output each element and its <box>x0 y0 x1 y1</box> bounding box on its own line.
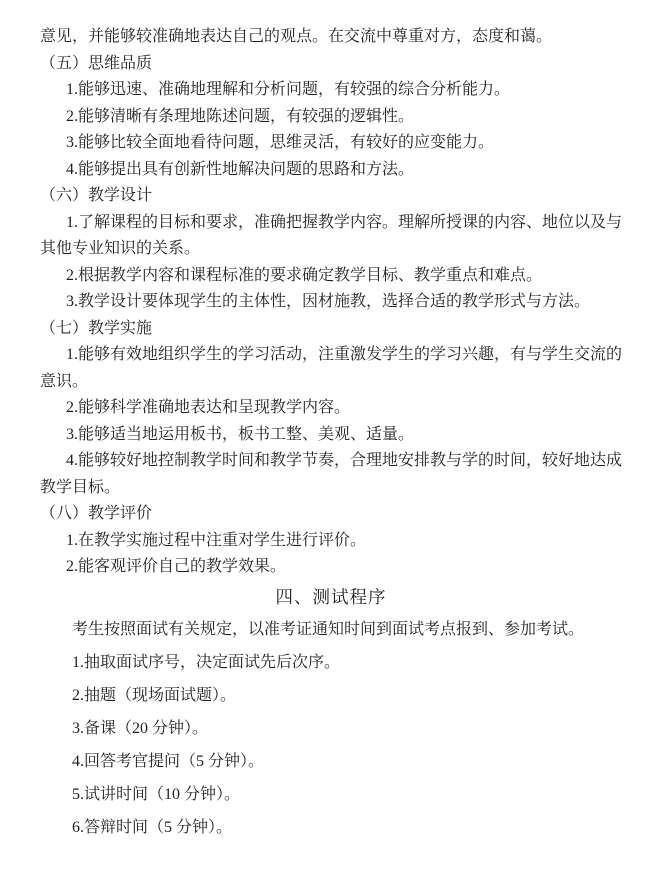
list-item: 4.能够较好地控制教学时间和教学节奏，合理地安排教与学的时间，较好地达成教学目标… <box>40 448 622 501</box>
list-item: 4.能够提出具有创新性地解决问题的思路和方法。 <box>40 157 622 184</box>
section-heading-8: （八）教学评价 <box>40 501 622 528</box>
procedure-step: 4.回答考官提问（5 分钟）。 <box>40 745 622 778</box>
procedure-step: 2.抽题（现场面试题）。 <box>40 679 622 712</box>
list-item: 1.了解课程的目标和要求，准确把握教学内容。理解所授课的内容、地位以及与其他专业… <box>40 210 622 263</box>
list-item: 1.在教学实施过程中注重对学生进行评价。 <box>40 528 622 555</box>
list-item: 2.能客观评价自己的教学效果。 <box>40 554 622 581</box>
procedure-step: 5.试讲时间（10 分钟）。 <box>40 778 622 811</box>
list-item: 3.能够比较全面地看待问题，思维灵活，有较好的应变能力。 <box>40 130 622 157</box>
procedure-step: 3.备课（20 分钟）。 <box>40 712 622 745</box>
section-heading-7: （七）教学实施 <box>40 316 622 343</box>
section-heading-6: （六）教学设计 <box>40 183 622 210</box>
list-item: 1.能够有效地组织学生的学习活动，注重激发学生的学习兴趣，有与学生交流的意识。 <box>40 342 622 395</box>
procedure-step: 6.答辩时间（5 分钟）。 <box>40 811 622 844</box>
list-item: 1.能够迅速、准确地理解和分析问题，有较强的综合分析能力。 <box>40 77 622 104</box>
list-item: 3.教学设计要体现学生的主体性，因材施教，选择合适的教学形式与方法。 <box>40 289 622 316</box>
list-item: 2.能够科学准确地表达和呈现教学内容。 <box>40 395 622 422</box>
list-item: 3.能够适当地运用板书，板书工整、美观、适量。 <box>40 422 622 449</box>
document-page: 意见，并能够较准确地表达自己的观点。在交流中尊重对方，态度和蔼。 （五）思维品质… <box>0 0 662 872</box>
procedure-step: 1.抽取面试序号，决定面试先后次序。 <box>40 646 622 679</box>
paragraph-continuation: 意见，并能够较准确地表达自己的观点。在交流中尊重对方，态度和蔼。 <box>40 24 622 51</box>
paragraph-intro: 考生按照面试有关规定，以准考证通知时间到面试考点报到、参加考试。 <box>40 613 622 646</box>
list-item: 2.根据教学内容和课程标准的要求确定教学目标、教学重点和难点。 <box>40 263 622 290</box>
section-heading-5: （五）思维品质 <box>40 51 622 78</box>
list-item: 2.能够清晰有条理地陈述问题，有较强的逻辑性。 <box>40 104 622 131</box>
chapter-heading-test-procedure: 四、测试程序 <box>40 581 622 613</box>
